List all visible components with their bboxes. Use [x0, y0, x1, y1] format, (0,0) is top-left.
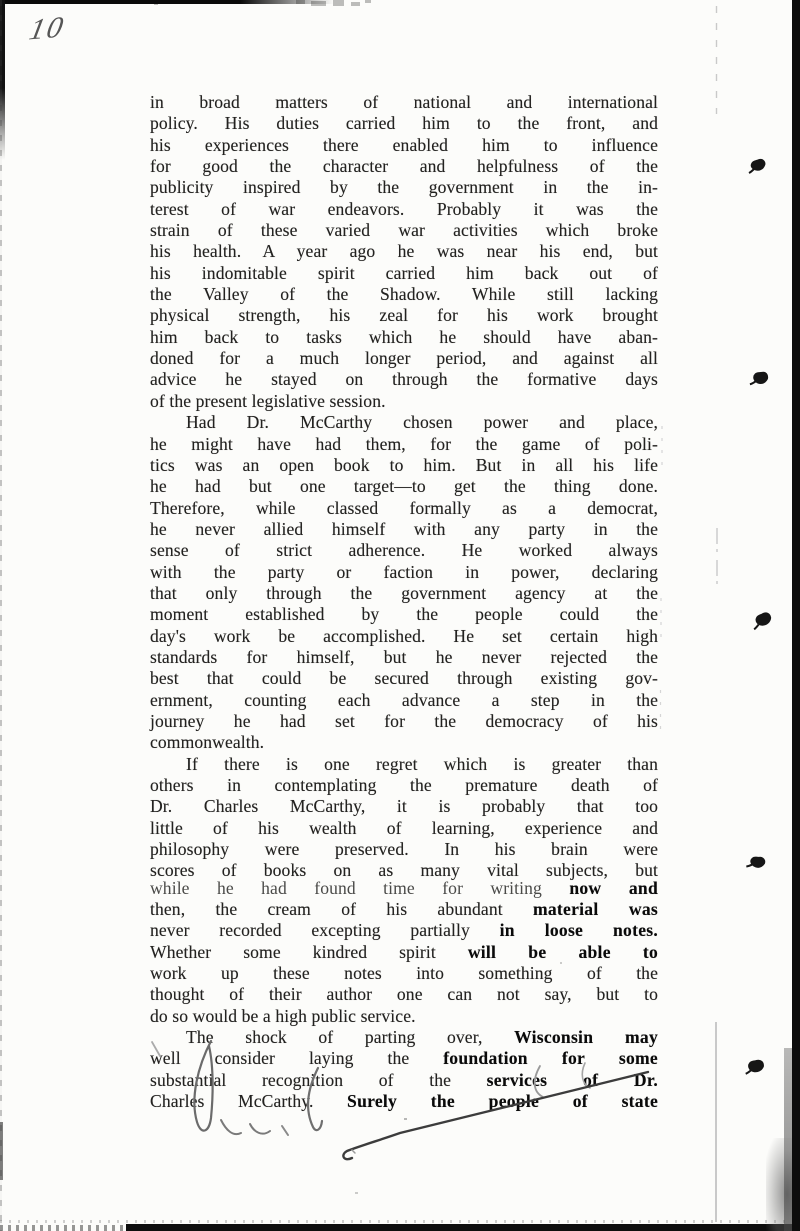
text-segment-bold: Surely the people of state	[347, 1091, 658, 1111]
text-line: Dr. Charles McCarthy, it is probably tha…	[150, 796, 658, 817]
text-segment: Whether some kindred spirit	[150, 942, 468, 962]
text-segment-bold: services of Dr.	[487, 1070, 658, 1090]
text-segment: him back to tasks which he should have a…	[150, 327, 658, 347]
text-line: the Valley of the Shadow. While still la…	[150, 284, 658, 305]
text-line: his indomitable spirit carried him back …	[150, 263, 658, 284]
text-segment: do so would be a high public service.	[150, 1006, 416, 1026]
text-segment-bold: Wisconsin may	[514, 1027, 658, 1047]
text-line: then, the cream of his abundant material…	[150, 899, 658, 920]
text-segment: of the present legislative session.	[150, 391, 386, 411]
margin-dash-artifact	[661, 426, 663, 737]
text-segment: journey he had set for the democracy of …	[150, 711, 658, 731]
text-line: standards for himself, but he never reje…	[150, 647, 658, 668]
text-segment: ernment, counting each advance a step in…	[150, 690, 658, 710]
scan-corner-blotch	[766, 1138, 794, 1231]
text-segment: doned for a much longer period, and agai…	[150, 348, 658, 368]
text-segment-bold: material was	[533, 899, 658, 919]
text-segment: commonwealth.	[150, 732, 264, 752]
scan-edge-left-speckle	[0, 0, 2, 1231]
text-segment: strain of these varied war activities wh…	[150, 220, 658, 240]
text-line: moment established by the people could t…	[150, 604, 658, 625]
text-segment: his health. A year ago he was near his e…	[150, 241, 658, 261]
text-line: Charles McCarthy. Surely the people of s…	[150, 1091, 658, 1112]
text-line: for good the character and helpfulness o…	[150, 156, 658, 177]
text-segment: his indomitable spirit carried him back …	[150, 263, 658, 283]
text-line: ernment, counting each advance a step in…	[150, 690, 658, 711]
handwritten-page-number: 10	[26, 11, 67, 48]
text-segment: others in contemplating the premature de…	[150, 775, 658, 795]
text-segment: The shock of parting over,	[186, 1027, 514, 1047]
ink-blot	[750, 370, 769, 388]
text-segment: sense of strict adherence. He worked alw…	[150, 540, 658, 560]
text-line: others in contemplating the premature de…	[150, 775, 658, 796]
text-line: thought of their author one can not say,…	[150, 984, 658, 1005]
text-segment-bold: in loose notes.	[500, 920, 658, 940]
fold-line	[716, 6, 717, 1222]
ink-blot	[749, 159, 765, 173]
scanned-document-page: 10 in broad matters of national and inte…	[0, 0, 800, 1231]
text-segment: work up these notes into something of th…	[150, 963, 658, 983]
paragraph: If there is one regret which is greater …	[150, 754, 658, 1027]
text-line: while he had found time for writing now …	[150, 878, 658, 899]
text-line: he never allied himself with any party i…	[150, 519, 658, 540]
text-segment: never recorded excepting partially	[150, 920, 500, 940]
text-segment: for good the character and helpfulness o…	[150, 156, 658, 176]
text-line: his experiences there enabled him to inf…	[150, 135, 658, 156]
text-line: in broad matters of national and interna…	[150, 92, 658, 113]
text-segment: Had Dr. McCarthy chosen power and place,	[186, 412, 658, 432]
scan-edge-bottom	[126, 1224, 800, 1231]
text-line: tics was an open book to him. But in all…	[150, 455, 658, 476]
ink-blot	[752, 612, 772, 629]
text-segment: thought of their author one can not say,…	[150, 984, 658, 1004]
text-line: best that could be secured through exist…	[150, 668, 658, 689]
text-segment: best that could be secured through exist…	[150, 668, 658, 688]
text-line: doned for a much longer period, and agai…	[150, 348, 658, 369]
text-line: of the present legislative session.	[150, 391, 658, 412]
text-segment: that only through the government agency …	[150, 583, 658, 603]
text-line: advice he stayed on through the formativ…	[150, 369, 658, 390]
ink-blot	[746, 854, 766, 872]
text-segment: Charles McCarthy.	[150, 1091, 347, 1111]
text-segment-bold: foundation for some	[443, 1048, 658, 1068]
text-line: journey he had set for the democracy of …	[150, 711, 658, 732]
text-segment: If there is one regret which is greater …	[186, 754, 658, 774]
text-line: sense of strict adherence. He worked alw…	[150, 540, 658, 561]
text-segment: physical strength, his zeal for his work…	[150, 305, 658, 325]
text-segment: advice he stayed on through the formativ…	[150, 369, 658, 389]
scan-edge-top	[0, 0, 334, 4]
text-line: that only through the government agency …	[150, 583, 658, 604]
paragraph: Had Dr. McCarthy chosen power and place,…	[150, 412, 658, 754]
text-segment-bold: now and	[569, 878, 658, 898]
text-segment: Therefore, while classed formally as a d…	[150, 498, 658, 518]
text-segment: the Valley of the Shadow. While still la…	[150, 284, 658, 304]
text-segment: terest of war endeavors. Probably it was…	[150, 199, 658, 219]
scan-edge-bottom-speckle-row	[0, 1220, 800, 1223]
scan-edge-right	[792, 0, 800, 1231]
text-segment: day's work be accomplished. He set certa…	[150, 626, 658, 646]
text-line: day's work be accomplished. He set certa…	[150, 626, 658, 647]
text-line: with the party or faction in power, decl…	[150, 562, 658, 583]
paragraph: The shock of parting over, Wisconsin may…	[150, 1027, 658, 1112]
text-line: terest of war endeavors. Probably it was…	[150, 199, 658, 220]
text-segment: with the party or faction in power, decl…	[150, 562, 658, 582]
text-line: do so would be a high public service.	[150, 1006, 658, 1027]
text-segment: standards for himself, but he never reje…	[150, 647, 658, 667]
text-segment: he never allied himself with any party i…	[150, 519, 658, 539]
text-segment: he might have had them, for the game of …	[150, 434, 658, 454]
text-line: work up these notes into something of th…	[150, 963, 658, 984]
text-line: Had Dr. McCarthy chosen power and place,	[150, 412, 658, 433]
text-segment: he had but one target—to get the thing d…	[150, 476, 658, 496]
ink-blot	[746, 1059, 764, 1075]
text-segment: well consider laying the	[150, 1048, 443, 1068]
text-line: Therefore, while classed formally as a d…	[150, 498, 658, 519]
text-line: If there is one regret which is greater …	[150, 754, 658, 775]
text-segment: moment established by the people could t…	[150, 604, 658, 624]
text-segment: his experiences there enabled him to inf…	[150, 135, 658, 155]
text-line: physical strength, his zeal for his work…	[150, 305, 658, 326]
text-line: little of his wealth of learning, experi…	[150, 818, 658, 839]
text-line: The shock of parting over, Wisconsin may	[150, 1027, 658, 1048]
text-line: well consider laying the foundation for …	[150, 1048, 658, 1069]
text-line: he had but one target—to get the thing d…	[150, 476, 658, 497]
text-line: he might have had them, for the game of …	[150, 434, 658, 455]
text-segment: while he had found time for writing	[150, 878, 569, 898]
text-segment: then, the cream of his abundant	[150, 899, 533, 919]
text-segment: Dr. Charles McCarthy, it is probably tha…	[150, 796, 658, 816]
text-segment-bold: will be able to	[468, 942, 658, 962]
text-segment: little of his wealth of learning, experi…	[150, 818, 658, 838]
text-segment: tics was an open book to him. But in all…	[150, 455, 658, 475]
scan-edge-bottom-left-speckle	[0, 1225, 130, 1231]
text-line: substantial recognition of the services …	[150, 1070, 658, 1091]
text-line: never recorded excepting partially in lo…	[150, 920, 658, 941]
paragraph: in broad matters of national and interna…	[150, 92, 658, 412]
text-line: philosophy were preserved. In his brain …	[150, 839, 658, 860]
text-line: Whether some kindred spirit will be able…	[150, 942, 658, 963]
text-line: his health. A year ago he was near his e…	[150, 241, 658, 262]
text-line: him back to tasks which he should have a…	[150, 327, 658, 348]
text-line: publicity inspired by the government in …	[150, 177, 658, 198]
text-segment: in broad matters of national and interna…	[150, 92, 658, 112]
text-segment: philosophy were preserved. In his brain …	[150, 839, 658, 859]
text-segment: policy. His duties carried him to the fr…	[150, 113, 658, 133]
text-segment: publicity inspired by the government in …	[150, 177, 658, 197]
scan-edge-left-mark	[0, 1122, 3, 1180]
text-line: strain of these varied war activities wh…	[150, 220, 658, 241]
text-line: policy. His duties carried him to the fr…	[150, 113, 658, 134]
text-segment: substantial recognition of the	[150, 1070, 487, 1090]
text-block: in broad matters of national and interna…	[150, 92, 658, 1113]
text-line: commonwealth.	[150, 732, 658, 753]
